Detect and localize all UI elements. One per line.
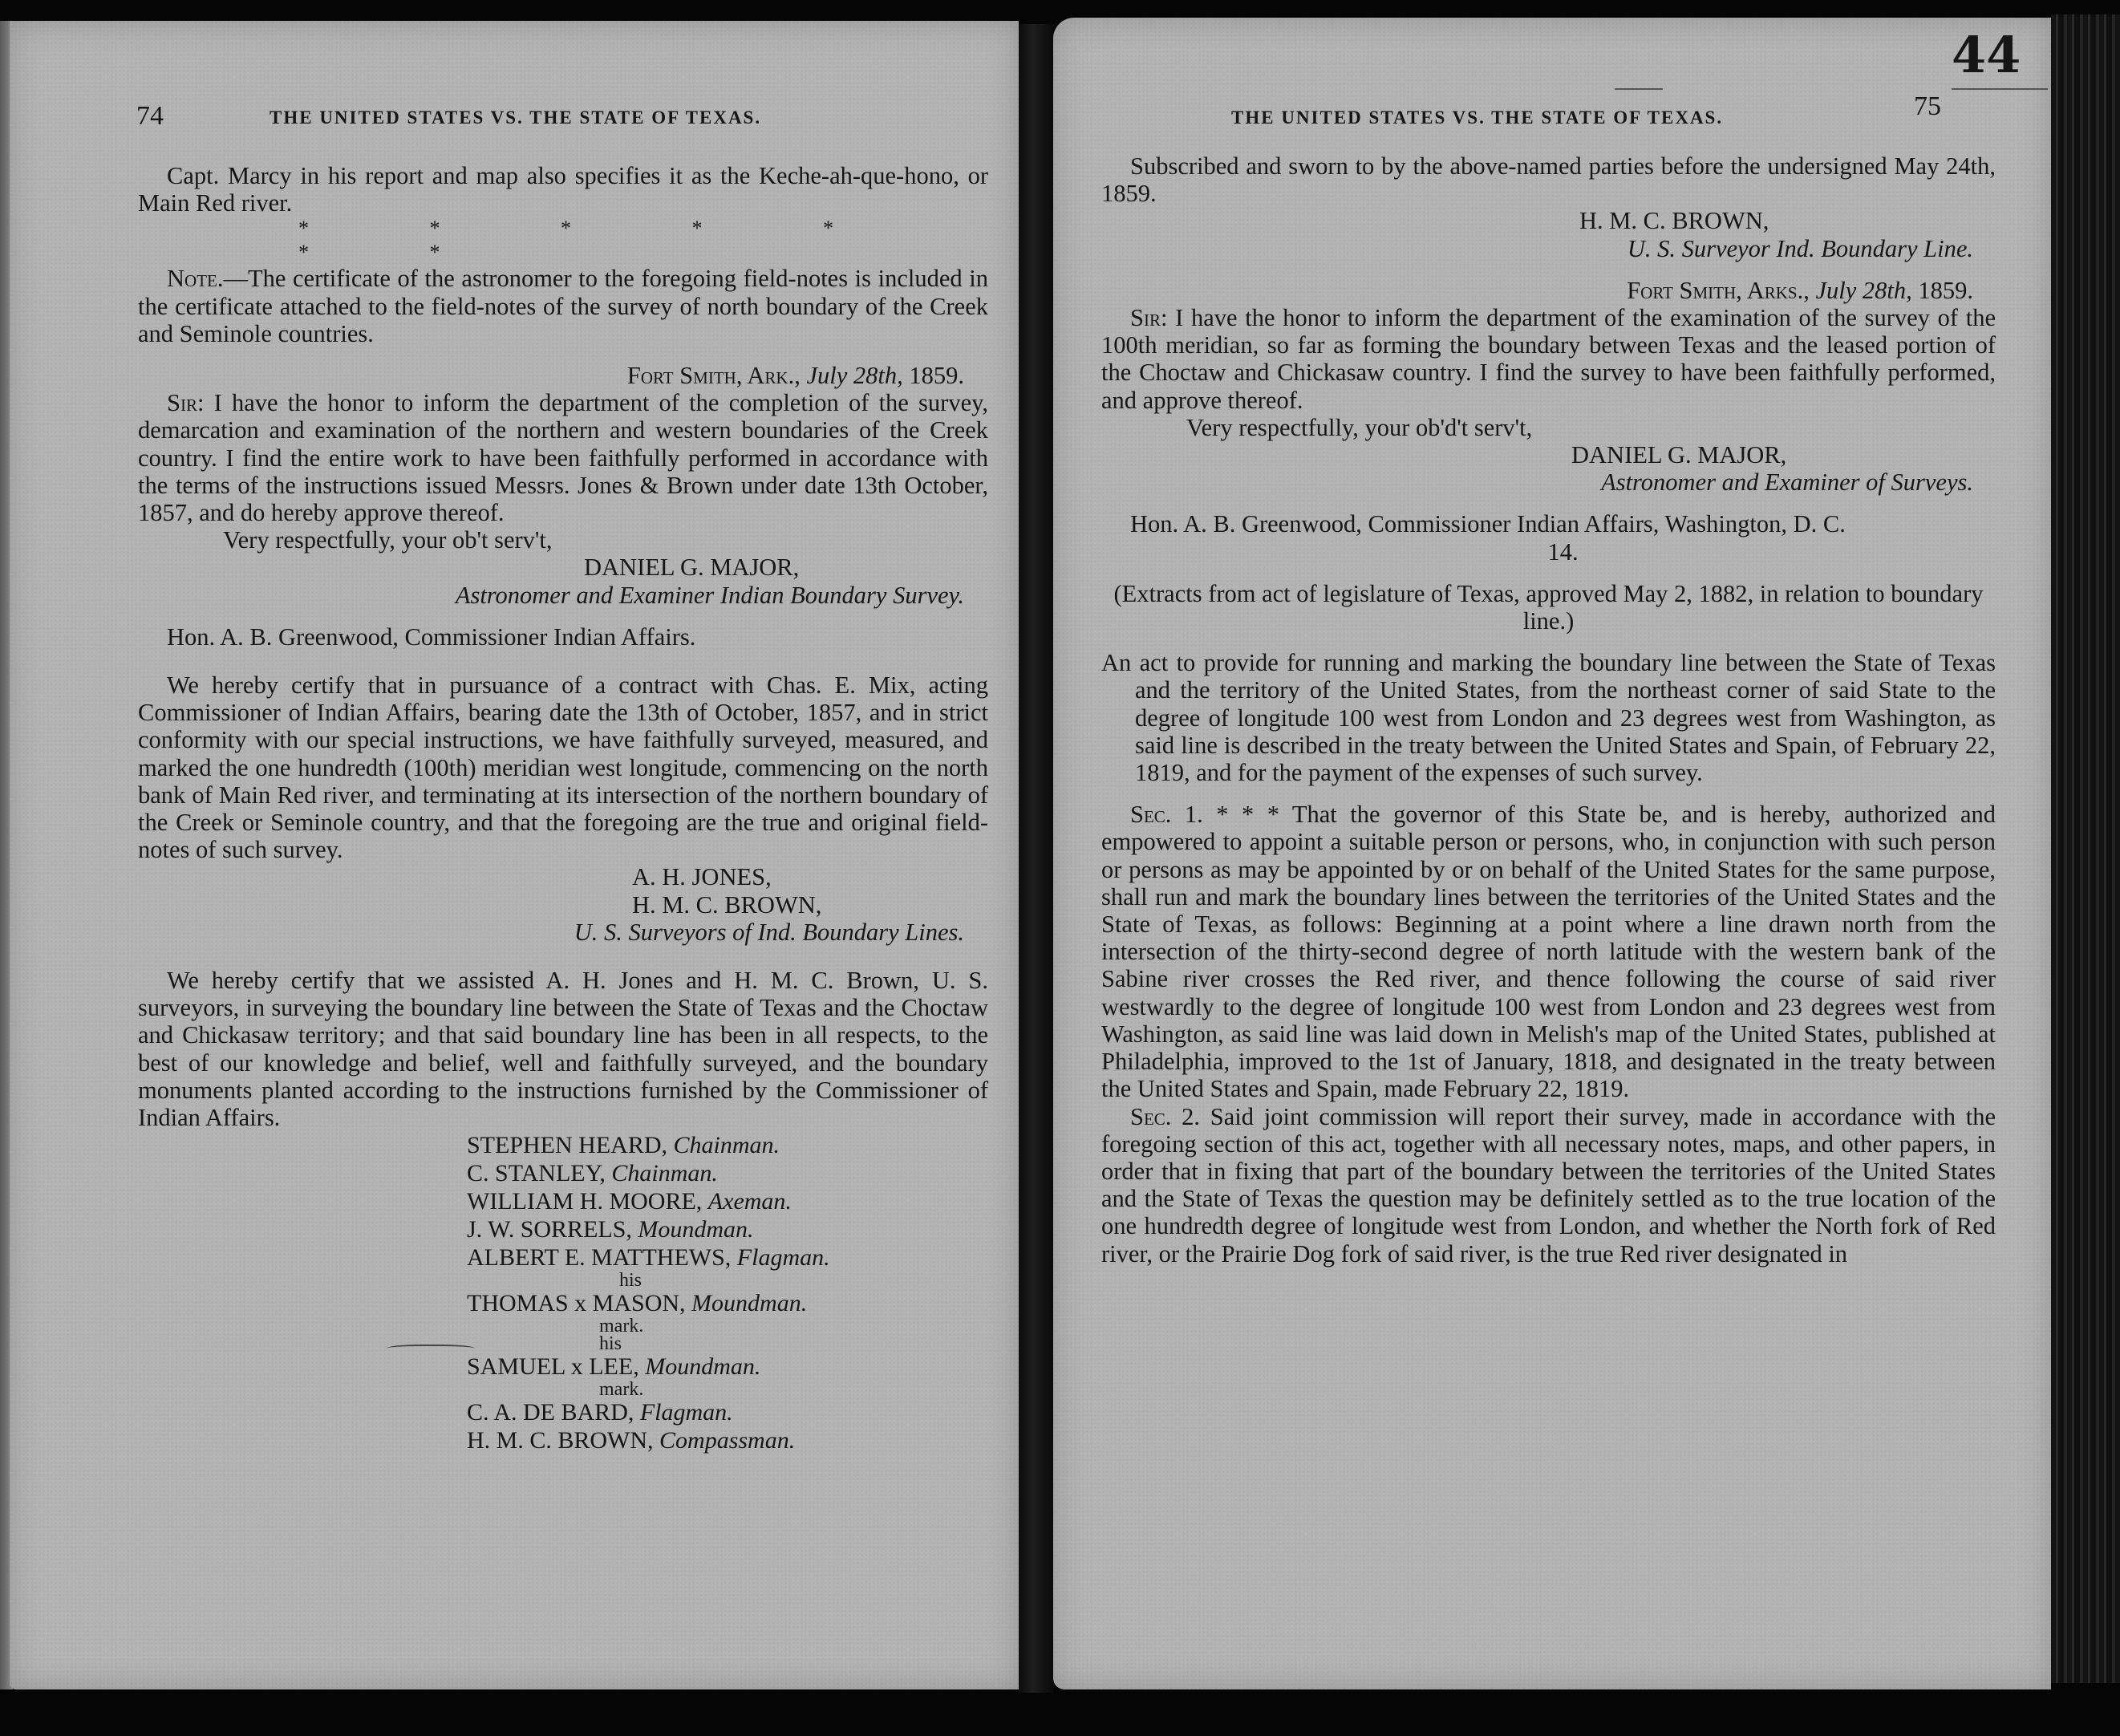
letter1-addressee: Hon. A. B. Greenwood, Commissioner India…	[138, 623, 988, 651]
mark-label: mark.	[138, 1381, 988, 1398]
running-head-right: THE UNITED STATES VS. THE STATE OF TEXAS…	[1231, 107, 1723, 128]
book-edge-right	[2051, 14, 2120, 1683]
crew-row: C. A. DE BARD, Flagman.	[138, 1398, 988, 1426]
sworn-statement: Subscribed and sworn to by the above-nam…	[1101, 152, 1996, 207]
certificate2-body: We hereby certify that we assisted A. H.…	[138, 967, 988, 1131]
letter2-place: Fort Smith, Arks.,	[1627, 277, 1810, 304]
letter1-closing: Very respectfully, your ob't serv't,	[138, 526, 988, 554]
stamp-rule	[1615, 88, 1663, 90]
section-1: Sec. 1. * * * That the governor of this …	[1101, 801, 1996, 1102]
letter2-signer-title: Astronomer and Examiner of Surveys.	[1101, 468, 1996, 496]
letter2-year: 1859.	[1918, 277, 1973, 304]
section-2-label: Sec. 2.	[1130, 1103, 1200, 1130]
letter1-place: Fort Smith, Ark.,	[627, 362, 801, 389]
right-page: 44 THE UNITED STATES VS. THE STATE OF TE…	[1053, 18, 2051, 1689]
section-2: Sec. 2. Said joint commission will repor…	[1101, 1103, 1996, 1268]
page-number-left: 74	[136, 101, 164, 132]
book-gutter	[1019, 24, 1053, 1693]
certificate1-body: We hereby certify that in pursuance of a…	[138, 671, 988, 863]
crew-row: C. STANLEY, Chainman.	[138, 1159, 988, 1187]
crew-row: THOMAS x MASON, Moundman.	[138, 1289, 988, 1317]
certificate1-signer-2: H. M. C. BROWN,	[138, 891, 988, 919]
page-number-right: 75	[1914, 91, 1941, 122]
section-1-label: Sec. 1.	[1130, 801, 1203, 828]
ellipsis-stars: * * * * * * *	[138, 217, 988, 265]
letter1-salutation: Sir	[167, 389, 197, 416]
note-label: Note.	[167, 265, 223, 292]
letter1-signer: DANIEL G. MAJOR,	[138, 554, 988, 581]
letter1-date: July 28th,	[806, 362, 902, 389]
stamp-page-number: 44	[1952, 26, 2021, 84]
his-label: his	[138, 1272, 988, 1289]
crew-row: J. W. SORRELS, Moundman.	[138, 1215, 988, 1243]
letter2-closing: Very respectfully, your ob'd't serv't,	[1101, 414, 1996, 441]
certificate1-signer-1: A. H. JONES,	[138, 863, 988, 890]
extract-heading: (Extracts from act of legislature of Tex…	[1101, 580, 1996, 635]
letter1-text: : I have the honor to inform the departm…	[138, 389, 988, 526]
crew-row: WILLIAM H. MOORE, Axeman.	[138, 1187, 988, 1215]
handwritten-mark	[387, 1345, 475, 1354]
sworn-signer-title: U. S. Surveyor Ind. Boundary Line.	[1101, 235, 1996, 262]
letter2-date: July 28th,	[1815, 277, 1911, 304]
certificate1-title: U. S. Surveyors of Ind. Boundary Lines.	[138, 919, 988, 946]
section-1-text: * * * That the governor of this State be…	[1101, 801, 1996, 1102]
letter2-text: : I have the honor to inform the departm…	[1101, 304, 1996, 414]
letter2-salutation: Sir	[1130, 304, 1161, 331]
left-page: 74 THE UNITED STATES VS. THE STATE OF TE…	[10, 21, 1019, 1689]
letter2-signer: DANIEL G. MAJOR,	[1101, 441, 1996, 468]
running-head-left: THE UNITED STATES VS. THE STATE OF TEXAS…	[270, 107, 761, 128]
letter2-dateline: Fort Smith, Arks., July 28th, 1859.	[1101, 277, 1996, 304]
left-page-body: Capt. Marcy in his report and map also s…	[138, 162, 988, 1454]
crew-signature-list: STEPHEN HEARD, Chainman. C. STANLEY, Cha…	[138, 1131, 988, 1454]
mark-label: mark.	[138, 1317, 988, 1335]
letter2-body: Sir: I have the honor to inform the depa…	[1101, 304, 1996, 414]
section-number: 14.	[1101, 538, 1996, 566]
section-2-text: Said joint commission will report their …	[1101, 1103, 1996, 1268]
letter1-signer-title: Astronomer and Examiner Indian Boundary …	[138, 582, 988, 609]
act-title: An act to provide for running and markin…	[1101, 649, 1996, 786]
letter2-addressee: Hon. A. B. Greenwood, Commissioner India…	[1101, 510, 1996, 537]
right-page-body: Subscribed and sworn to by the above-nam…	[1101, 152, 1996, 1268]
note-paragraph: Note.—The certificate of the astronomer …	[138, 265, 988, 347]
letter1-year: 1859.	[909, 362, 964, 389]
crew-row: H. M. C. BROWN, Compassman.	[138, 1426, 988, 1454]
stamp-rule	[1952, 88, 2048, 90]
sworn-signer: H. M. C. BROWN,	[1101, 207, 1996, 234]
letter1-dateline: Fort Smith, Ark., July 28th, 1859.	[138, 362, 988, 389]
paragraph-marcy: Capt. Marcy in his report and map also s…	[138, 162, 988, 217]
letter1-body: Sir: I have the honor to inform the depa…	[138, 389, 988, 526]
crew-row: ALBERT E. MATTHEWS, Flagman.	[138, 1243, 988, 1272]
crew-row: SAMUEL x LEE, Moundman.	[138, 1353, 988, 1381]
crew-row: STEPHEN HEARD, Chainman.	[138, 1131, 988, 1159]
note-text: —The certificate of the astronomer to th…	[138, 265, 988, 347]
his-label: his	[138, 1335, 988, 1353]
